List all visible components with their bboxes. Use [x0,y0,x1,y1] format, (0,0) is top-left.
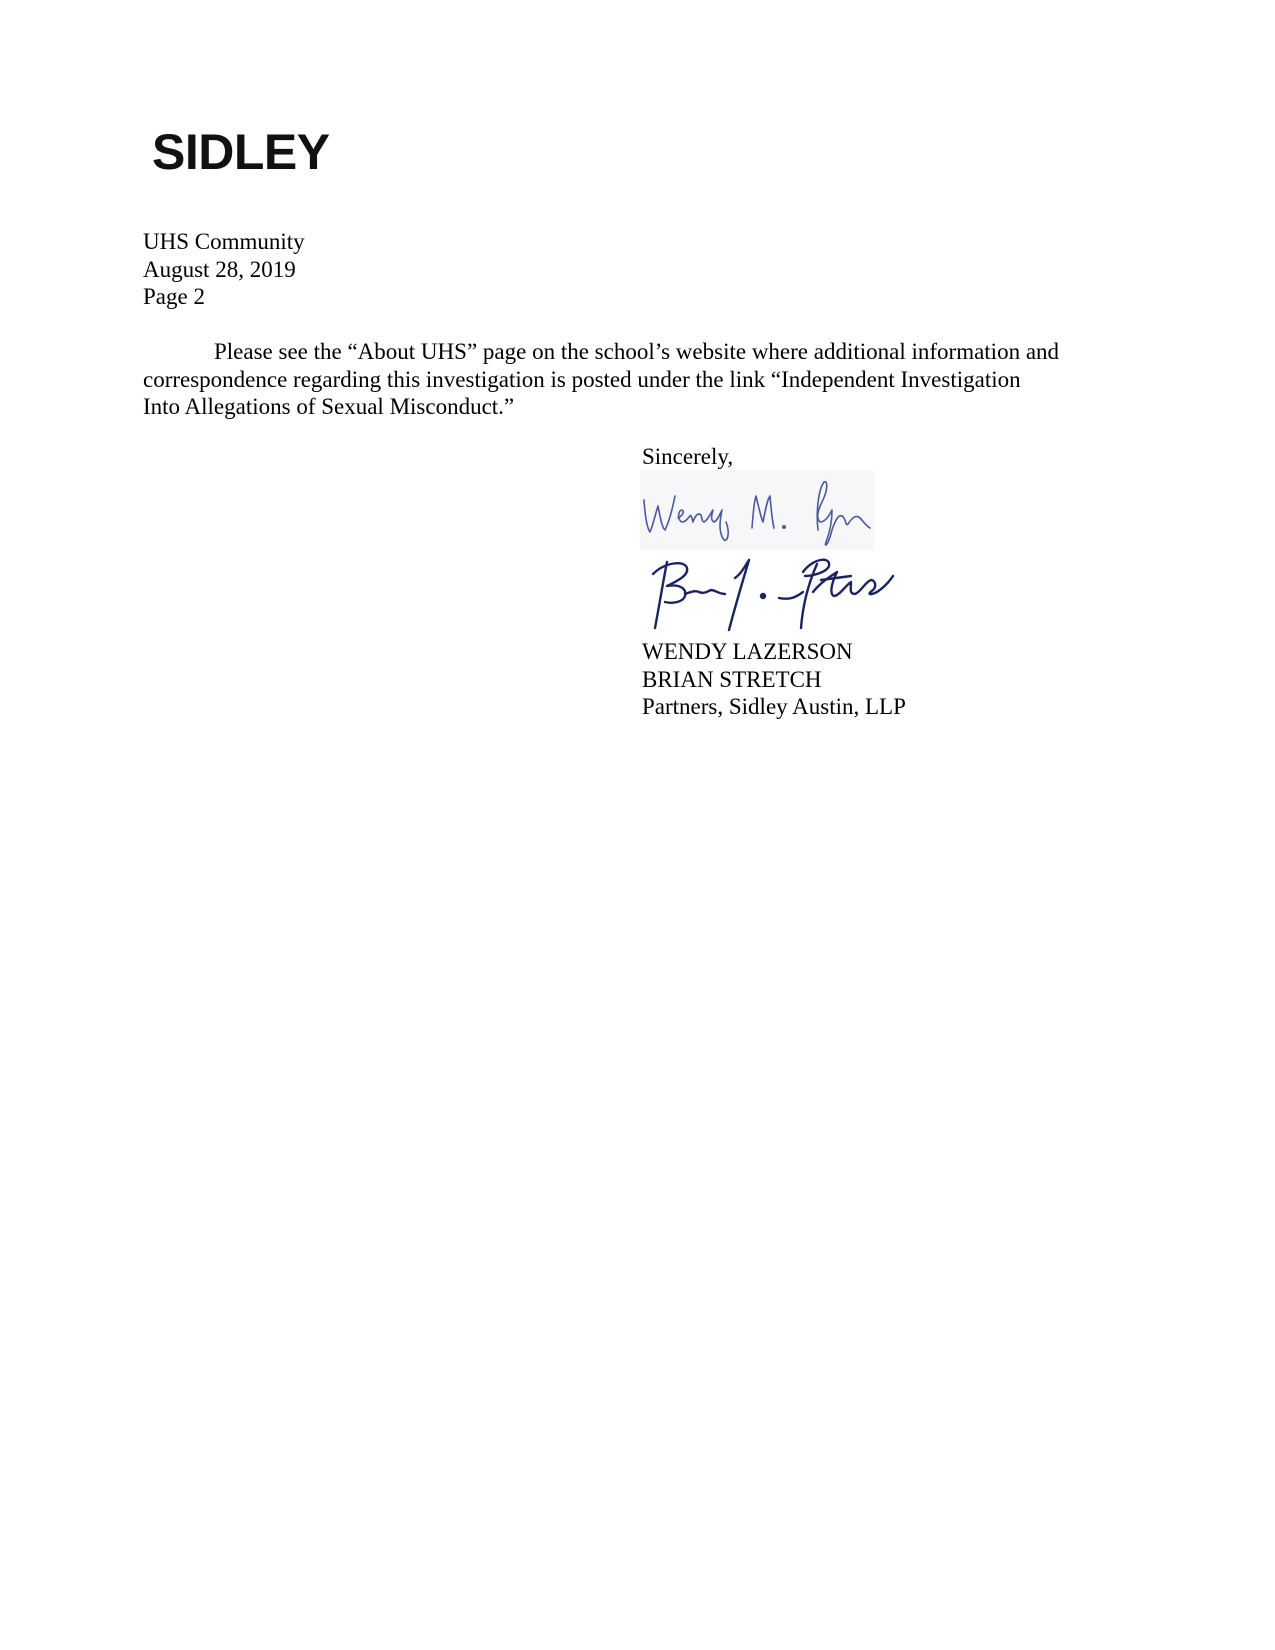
recipient-line: UHS Community [143,228,305,256]
handwritten-signature-icon [640,470,875,550]
sidley-logo: SIDLEY [152,126,330,178]
handwritten-signature-icon [645,552,905,634]
closing-salutation: Sincerely, [642,443,733,471]
letter-header: UHS Community August 28, 2019 Page 2 [143,228,305,311]
signature-wendy-lazerson [640,470,875,550]
signatory-name: WENDY LAZERSON [642,638,906,666]
body-paragraph: Please see the “About UHS” page on the s… [143,338,1063,421]
signatory-name: BRIAN STRETCH [642,666,906,694]
signatory-title: Partners, Sidley Austin, LLP [642,693,906,721]
signatory-block: WENDY LAZERSON BRIAN STRETCH Partners, S… [642,638,906,721]
date-line: August 28, 2019 [143,256,305,284]
page-number: Page 2 [143,283,305,311]
signature-brian-stretch [645,552,905,634]
